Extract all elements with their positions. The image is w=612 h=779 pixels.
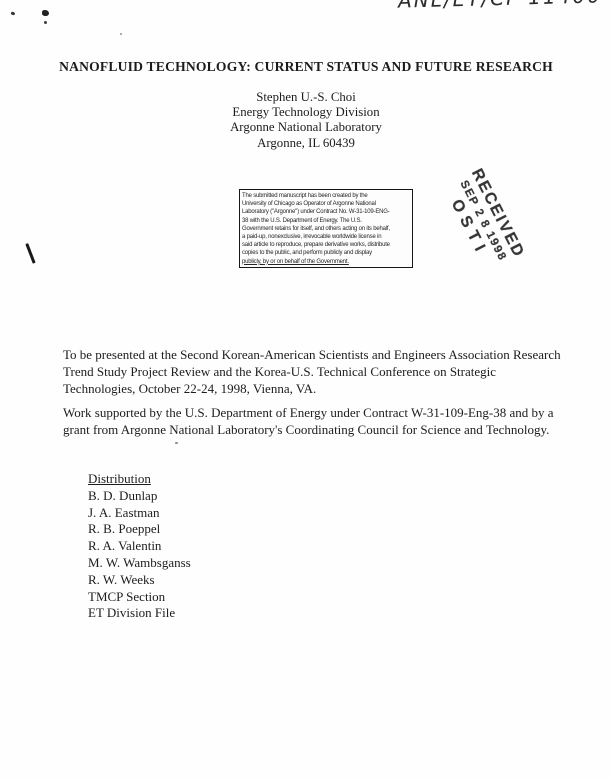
author-block: Stephen U.-S. Choi Energy Technology Div…	[0, 90, 612, 151]
distribution-item: J. A. Eastman	[88, 505, 191, 522]
scanned-report-cover-page: ANL/ET/CP-11400 NANOFLUID TECHNOLOGY: CU…	[0, 0, 612, 779]
received-stamp: RECEIVED SEP 2 8 1998 OSTI	[427, 143, 540, 299]
distribution-item: R. W. Weeks	[88, 572, 191, 589]
scan-speck	[44, 21, 47, 24]
disclaimer-last-line: publicly, by or on behalf of the Governm…	[242, 258, 410, 266]
scan-speck	[120, 33, 122, 35]
author-division: Energy Technology Division	[0, 105, 612, 120]
scan-speck	[42, 10, 49, 16]
distribution-heading: Distribution	[88, 471, 191, 488]
author-address: Argonne, IL 60439	[0, 136, 612, 151]
presentation-note: To be presented at the Second Korean-Ame…	[63, 346, 561, 398]
distribution-list: Distribution B. D. Dunlap J. A. Eastman …	[88, 471, 191, 622]
government-disclaimer-box: The submitted manuscript has been create…	[239, 189, 413, 268]
author-laboratory: Argonne National Laboratory	[0, 120, 612, 135]
distribution-item: R. B. Poeppel	[88, 521, 191, 538]
pen-mark	[25, 243, 35, 264]
author-name: Stephen U.-S. Choi	[0, 90, 612, 105]
paper-title: NANOFLUID TECHNOLOGY: CURRENT STATUS AND…	[0, 59, 612, 75]
support-note: Work supported by the U.S. Department of…	[63, 404, 554, 438]
handwritten-report-number: ANL/ET/CP-11400	[398, 0, 602, 13]
distribution-item: M. W. Wambsganss	[88, 555, 191, 572]
scan-speck	[11, 11, 16, 15]
scan-speck	[175, 442, 178, 444]
distribution-item: B. D. Dunlap	[88, 488, 191, 505]
disclaimer-text: The submitted manuscript has been create…	[242, 193, 390, 256]
distribution-item: TMCP Section	[88, 589, 191, 606]
distribution-item: ET Division File	[88, 605, 191, 622]
distribution-item: R. A. Valentin	[88, 538, 191, 555]
